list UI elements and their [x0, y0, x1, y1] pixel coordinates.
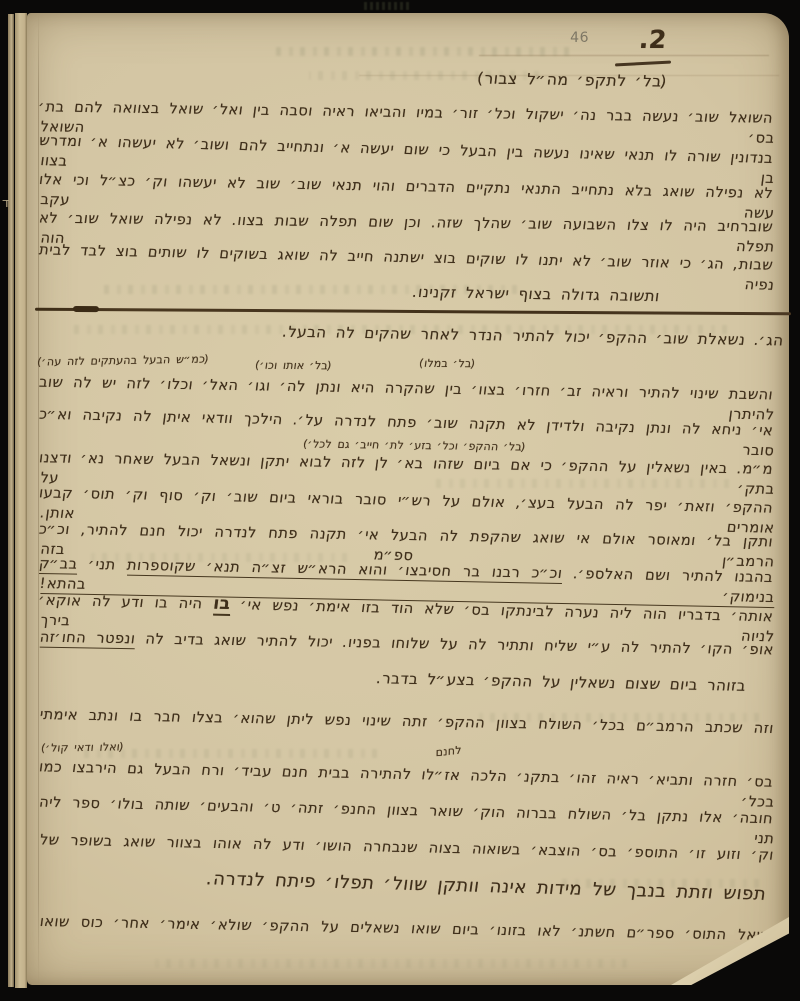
line-segment: תני׳ — [76, 557, 127, 574]
under-page-edge — [15, 13, 27, 988]
manuscript-line: בזוהר ביום שצום נשאלין על ההקפ׳ בצע״ל בד… — [375, 669, 745, 695]
manuscript-page: 46 2. (בל׳ לתקפ׳ מה״ל צבור) השואל שוב׳ נ… — [27, 13, 789, 985]
manuscript-line: ותשובה גדולה בצוף ישראל זקנינו. — [412, 283, 660, 305]
marginal-gloss: (בל׳ אותו וכו׳) — [255, 359, 333, 373]
emphasized-word: בו — [212, 594, 231, 616]
manuscript-scan: ד 46 2. (בל׳ לתקפ׳ מה״ל צבור) השואל שוב׳… — [0, 0, 800, 1001]
line-segment: בהבנו להתיר ושם האלספ׳. — [561, 566, 773, 586]
bleed-through-marks — [147, 959, 627, 968]
underlined-segment: ונפטר החו׳זה — [38, 630, 135, 650]
section-divider-rule — [35, 308, 791, 315]
under-page-edge — [8, 14, 14, 987]
header-note: (בל׳ לתקפ׳ מה״ל צבור) — [476, 69, 668, 90]
marginal-gloss: (כמ״ש הבעל בהעתקים לזה עה׳) — [36, 353, 209, 369]
bleed-through-marks — [269, 47, 569, 56]
page-number-ink: 2. — [638, 25, 669, 54]
page-number-underline — [615, 61, 671, 66]
interlinear-gloss: לחנם — [434, 744, 462, 760]
scanner-artifact — [364, 2, 412, 10]
manuscript-line: תפוש וזתת בנבך של מידות אינה וותקן שוול׳… — [205, 868, 765, 905]
marginal-gloss: (בל׳ במלו) — [419, 357, 476, 370]
margin-letter-mark: ד — [2, 196, 9, 211]
manuscript-line: נשאל התוס׳ ספר״ם חשתנ׳ לאו בזונו׳ ביום ש… — [38, 912, 773, 946]
interlinear-gloss: (ואלו ודאי קול׳) — [40, 740, 124, 754]
manuscript-line: וזה שכתב הרמב״ם בכל׳ השולח בצוון ההקפ׳ ז… — [38, 705, 773, 739]
page-number-pencil: 46 — [570, 30, 589, 46]
